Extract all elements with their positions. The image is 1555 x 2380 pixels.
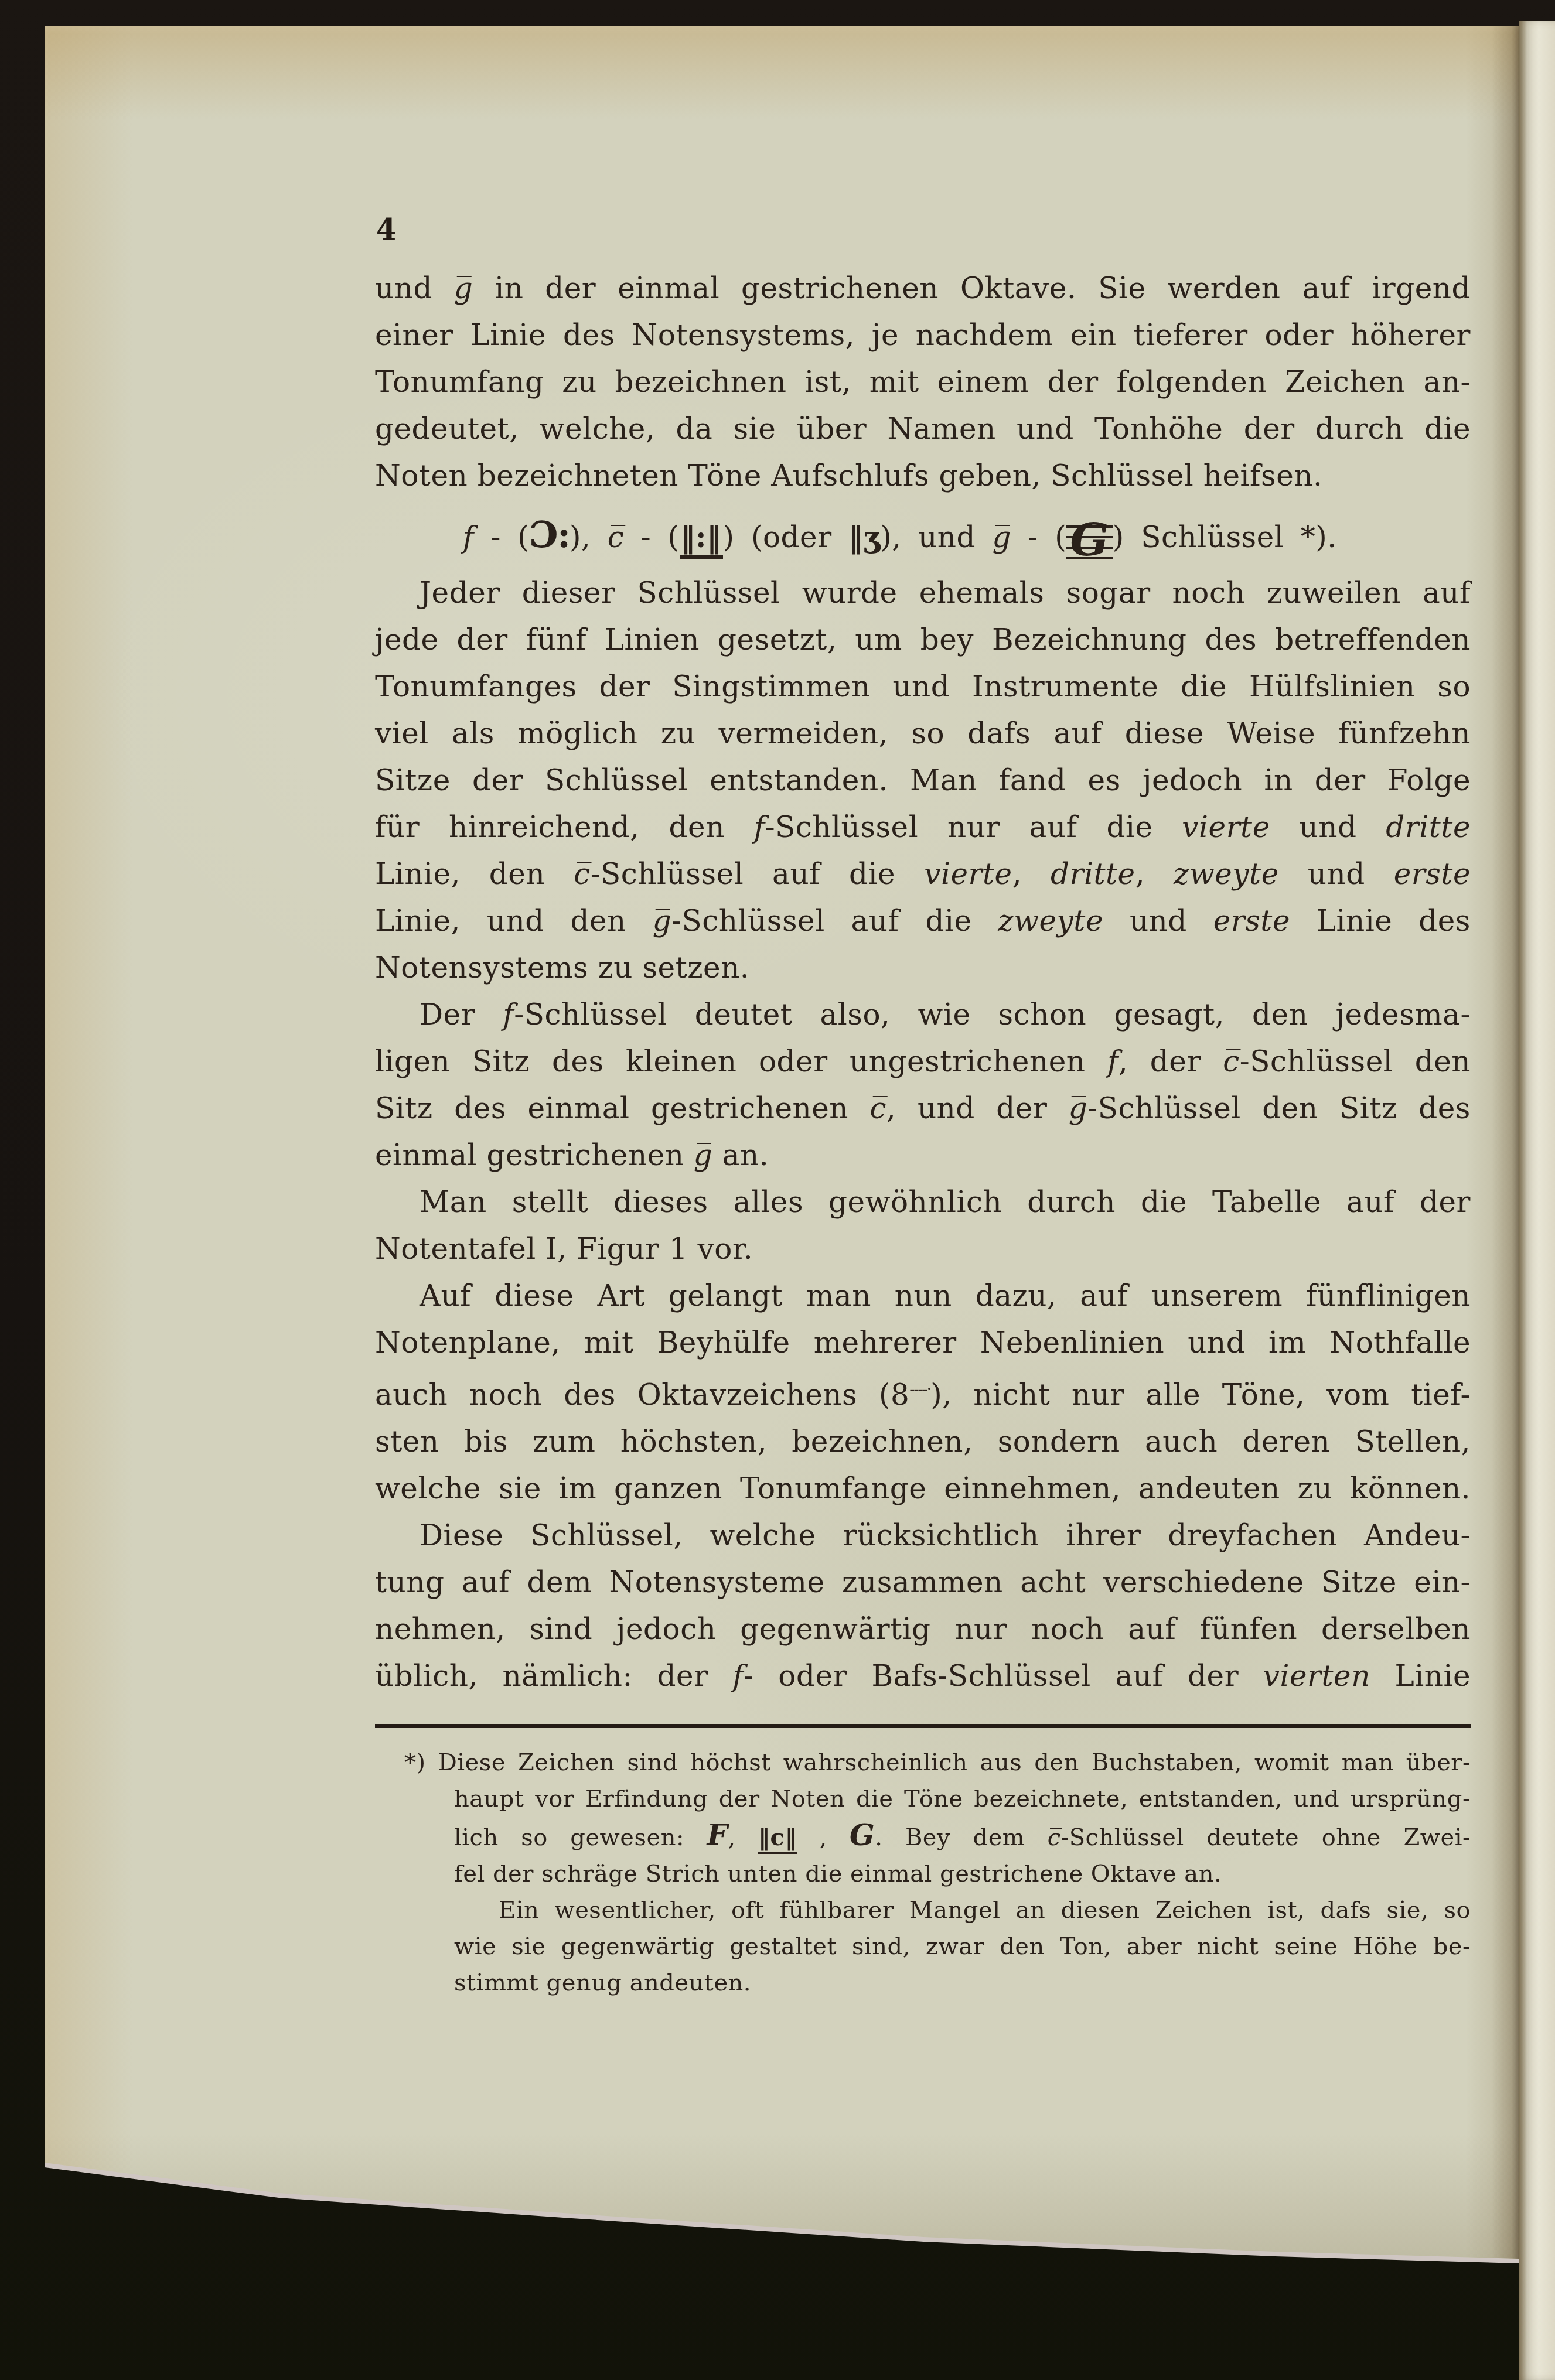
text-segment: g̅	[454, 271, 473, 305]
text-segment: -Schlüssel deutete ohne Zwei-	[1061, 1824, 1471, 1851]
text-line: *) Diese Zeichen sind höchst wahrscheinl…	[454, 1744, 1471, 1781]
text-segment: . Bey dem	[875, 1824, 1047, 1851]
text-segment: - (	[474, 520, 529, 554]
paragraph-2: Jeder dieser Schlüssel wurde ehemals sog…	[375, 569, 1471, 991]
text-segment: c̅	[608, 520, 625, 554]
page-right-crease	[1492, 26, 1519, 2262]
text-segment: welche sie im ganzen Tonumfange einnehme…	[375, 1471, 1471, 1505]
text-segment: Notensystems zu setzen.	[375, 951, 749, 985]
footnote-paragraph-2: Ein wesentlicher, oft fühlbarer Mangel a…	[454, 1892, 1471, 2001]
text-segment: f	[732, 1659, 744, 1693]
text-segment: stimmt genug andeuten.	[454, 1969, 751, 1996]
text-segment: ,	[797, 1824, 850, 1851]
text-segment: vierten	[1263, 1659, 1370, 1693]
text-segment: erste	[1394, 857, 1471, 891]
text-segment: ) (oder	[723, 520, 848, 554]
text-segment: für hinreichend, den	[375, 810, 754, 844]
text-line: Tonumfanges der Singstimmen und Instrume…	[375, 663, 1471, 710]
clef-formula-line: f - (Ɔ:), c̅ - (‖:‖) (oder ‖ʒ), und g̅ -…	[375, 499, 1471, 569]
text-line: Noten bezeichneten Töne Aufschlufs geben…	[375, 452, 1471, 499]
text-line: viel als möglich zu vermeiden, so dafs a…	[375, 710, 1471, 757]
footnote-separator	[375, 1724, 1471, 1728]
paragraph-1: und g̅ in der einmal gestrichenen Oktave…	[375, 265, 1471, 499]
text-segment: lich so gewesen:	[454, 1824, 707, 1851]
text-segment: Ein wesentlicher, oft fühlbarer Mangel a…	[499, 1897, 1471, 1924]
text-segment: nehmen, sind jedoch gegenwärtig nur noch…	[375, 1612, 1471, 1646]
text-line: auch noch des Oktavzeichens (8----·), ni…	[375, 1366, 1471, 1418]
text-segment: vierte	[924, 857, 1012, 891]
text-segment: an.	[712, 1138, 769, 1172]
text-line: f - (Ɔ:), c̅ - (‖:‖) (oder ‖ʒ), und g̅ -…	[375, 499, 1471, 569]
paragraph-6: Diese Schlüssel, welche rücksichtlich ih…	[375, 1512, 1471, 1699]
text-segment: gedeutet, welche, da sie über Namen und …	[375, 412, 1471, 446]
text-segment: auch noch des Oktavzeichens (8	[375, 1378, 909, 1412]
text-segment: c̅	[574, 857, 591, 891]
text-line: Linie, und den g̅-Schlüssel auf die zwey…	[375, 897, 1471, 944]
text-line: fel der schräge Strich unten die einmal …	[454, 1856, 1471, 1892]
text-segment: wie sie gegenwärtig gestaltet sind, zwar…	[454, 1933, 1471, 1960]
next-page-edge	[1519, 21, 1555, 2380]
text-line: lich so gewesen: F, ‖c‖ , G. Bey dem c̅-…	[454, 1817, 1471, 1856]
text-line: Sitze der Schlüssel entstanden. Man fand…	[375, 757, 1471, 804]
text-segment: Man stellt dieses alles gewöhnlich durch…	[420, 1185, 1471, 1219]
c-clef-symbol: ‖:‖	[680, 520, 723, 559]
text-segment: f	[754, 810, 765, 844]
text-line: einmal gestrichenen g̅ an.	[375, 1132, 1471, 1179]
text-segment: -Schlüssel nur auf die	[765, 810, 1182, 844]
bass-clef-symbol: Ɔ:	[529, 513, 570, 556]
text-line: jede der fünf Linien gesetzt, um bey Bez…	[375, 616, 1471, 663]
text-segment: - oder Bafs-Schlüssel auf der	[744, 1659, 1263, 1693]
text-segment: c̅	[1223, 1044, 1240, 1078]
text-line: sten bis zum höchsten, bezeichnen, sonde…	[375, 1418, 1471, 1465]
text-segment: Linie	[1370, 1659, 1471, 1693]
text-line: Ein wesentlicher, oft fühlbarer Mangel a…	[454, 1892, 1471, 1928]
text-segment: jede der fünf Linien gesetzt, um bey Bez…	[375, 623, 1471, 657]
text-segment: -Schlüssel den	[1240, 1044, 1471, 1078]
text-segment: Linie des	[1290, 904, 1471, 938]
text-segment: in der einmal gestrichenen Oktave. Sie w…	[473, 271, 1471, 305]
text-segment: - (	[624, 520, 679, 554]
text-segment: - (	[1011, 520, 1066, 554]
text-segment: -Schlüssel deutet also, wie schon gesagt…	[514, 998, 1471, 1032]
text-segment: f	[503, 998, 514, 1032]
text-segment: und	[1270, 810, 1386, 844]
page-text-block: und g̅ in der einmal gestrichenen Oktave…	[375, 265, 1471, 2001]
text-line: tung auf dem Notensysteme zusammen acht …	[375, 1559, 1471, 1606]
text-segment: ,	[1135, 857, 1174, 891]
text-line: Linie, den c̅-Schlüssel auf die vierte, …	[375, 851, 1471, 897]
text-segment: sten bis zum höchsten, bezeichnen, sonde…	[375, 1425, 1471, 1459]
text-segment: Tonumfanges der Singstimmen und Instrume…	[375, 670, 1471, 704]
text-line: Der f-Schlüssel deutet also, wie schon g…	[375, 991, 1471, 1038]
text-line: Tonumfang zu bezeichnen ist, mit einem d…	[375, 358, 1471, 405]
text-line: haupt vor Erfindung der Noten die Töne b…	[454, 1781, 1471, 1817]
text-segment: Linie, den	[375, 857, 574, 891]
text-segment: Sitz des einmal gestrichenen	[375, 1091, 869, 1125]
text-segment: c̅	[1048, 1824, 1061, 1851]
text-segment: *) Diese Zeichen sind höchst wahrscheinl…	[404, 1749, 1471, 1776]
text-segment: und	[1279, 857, 1394, 891]
text-segment: und	[1103, 904, 1213, 938]
text-segment: g̅	[992, 520, 1011, 554]
paragraph-3: Der f-Schlüssel deutet also, wie schon g…	[375, 991, 1471, 1179]
text-line: Notenplane, mit Beyhülfe mehrerer Nebenl…	[375, 1319, 1471, 1366]
text-segment: einmal gestrichenen	[375, 1138, 694, 1172]
text-segment: einer Linie des Notensystems, je nachdem…	[375, 318, 1471, 352]
text-segment: dritte	[1051, 857, 1135, 891]
text-line: Sitz des einmal gestrichenen c̅, und der…	[375, 1085, 1471, 1132]
text-segment: haupt vor Erfindung der Noten die Töne b…	[454, 1785, 1471, 1812]
text-segment: Sitze der Schlüssel entstanden. Man fand…	[375, 763, 1471, 797]
text-segment: viel als möglich zu vermeiden, so dafs a…	[375, 716, 1471, 750]
scanner-background: 4 und g̅ in der einmal gestrichenen Okta…	[0, 0, 1555, 2380]
paragraph-5: Auf diese Art gelangt man nun dazu, auf …	[375, 1272, 1471, 1512]
text-line: für hinreichend, den f-Schlüssel nur auf…	[375, 804, 1471, 851]
text-segment: ),	[570, 520, 608, 554]
text-line: nehmen, sind jedoch gegenwärtig nur noch…	[375, 1606, 1471, 1652]
text-segment: -Schlüssel den Sitz des	[1087, 1091, 1471, 1125]
g-clef-symbol: G	[1066, 517, 1113, 563]
book-page: 4 und g̅ in der einmal gestrichenen Okta…	[45, 26, 1519, 2262]
text-segment: fel der schräge Strich unten die einmal …	[454, 1860, 1222, 1887]
text-line: Jeder dieser Schlüssel wurde ehemals sog…	[375, 569, 1471, 616]
paragraph-4: Man stellt dieses alles gewöhnlich durch…	[375, 1179, 1471, 1272]
text-line: Auf diese Art gelangt man nun dazu, auf …	[375, 1272, 1471, 1319]
text-line: stimmt genug andeuten.	[454, 1965, 1471, 2001]
text-segment: ) Schlüssel *).	[1113, 520, 1337, 554]
text-segment: Linie, und den	[375, 904, 653, 938]
footnote: *) Diese Zeichen sind höchst wahrscheinl…	[375, 1744, 1471, 2001]
text-segment: f	[1107, 1044, 1118, 1078]
page-number: 4	[376, 212, 397, 247]
text-segment: ), nicht nur alle Töne, vom tief-	[930, 1378, 1471, 1412]
old-letter-f-glyph: F	[707, 1818, 728, 1852]
text-segment: ,	[1012, 857, 1051, 891]
text-segment: Noten bezeichneten Töne Aufschlufs geben…	[375, 459, 1322, 493]
text-segment: Auf diese Art gelangt man nun dazu, auf …	[420, 1279, 1471, 1313]
text-segment: , und der	[886, 1091, 1069, 1125]
text-segment: , der	[1118, 1044, 1223, 1078]
c-clef-alt-symbol: ‖ʒ	[848, 520, 880, 554]
footnote-paragraph-1: *) Diese Zeichen sind höchst wahrscheinl…	[454, 1744, 1471, 1892]
text-segment: ,	[728, 1824, 758, 1851]
text-segment: Jeder dieser Schlüssel wurde ehemals sog…	[420, 576, 1471, 610]
text-line: welche sie im ganzen Tonumfange einnehme…	[375, 1465, 1471, 1512]
old-letter-c-glyph: ‖c‖	[758, 1824, 797, 1854]
text-line: und g̅ in der einmal gestrichenen Oktave…	[375, 265, 1471, 312]
old-letter-g-glyph: G	[850, 1818, 875, 1852]
text-segment: und	[375, 271, 454, 305]
text-segment: Notentafel I, Figur 1 vor.	[375, 1232, 753, 1266]
text-segment: zweyte	[998, 904, 1103, 938]
text-segment: Tonumfang zu bezeichnen ist, mit einem d…	[375, 365, 1471, 399]
text-line: Notentafel I, Figur 1 vor.	[375, 1225, 1471, 1272]
text-segment: tung auf dem Notensysteme zusammen acht …	[375, 1565, 1471, 1599]
text-segment: zweyte	[1174, 857, 1279, 891]
text-line: Diese Schlüssel, welche rücksichtlich ih…	[375, 1512, 1471, 1559]
text-line: ligen Sitz des kleinen oder ungestrichen…	[375, 1038, 1471, 1085]
text-segment: dritte	[1386, 810, 1471, 844]
text-segment: g̅	[1069, 1091, 1088, 1125]
text-line: wie sie gegenwärtig gestaltet sind, zwar…	[454, 1928, 1471, 1965]
text-segment: vierte	[1182, 810, 1270, 844]
text-segment: Der	[420, 998, 503, 1032]
octave-sign-dashes: ----·	[909, 1380, 930, 1399]
text-segment: c̅	[869, 1091, 886, 1125]
text-segment: üblich, nämlich: der	[375, 1659, 732, 1693]
text-segment: Notenplane, mit Beyhülfe mehrerer Nebenl…	[375, 1326, 1471, 1360]
text-segment: erste	[1213, 904, 1290, 938]
text-segment: ), und	[880, 520, 992, 554]
text-segment: g̅	[694, 1138, 713, 1172]
text-line: Man stellt dieses alles gewöhnlich durch…	[375, 1179, 1471, 1225]
text-segment: f	[463, 520, 474, 554]
text-segment: g̅	[653, 904, 672, 938]
text-segment: -Schlüssel auf die	[671, 904, 998, 938]
text-segment: -Schlüssel auf die	[591, 857, 925, 891]
text-line: üblich, nämlich: der f- oder Bafs-Schlüs…	[375, 1652, 1471, 1699]
text-line: gedeutet, welche, da sie über Namen und …	[375, 405, 1471, 452]
text-line: Notensystems zu setzen.	[375, 944, 1471, 991]
text-segment: ligen Sitz des kleinen oder ungestrichen…	[375, 1044, 1107, 1078]
text-line: einer Linie des Notensystems, je nachdem…	[375, 312, 1471, 358]
text-segment: Diese Schlüssel, welche rücksichtlich ih…	[420, 1518, 1471, 1552]
